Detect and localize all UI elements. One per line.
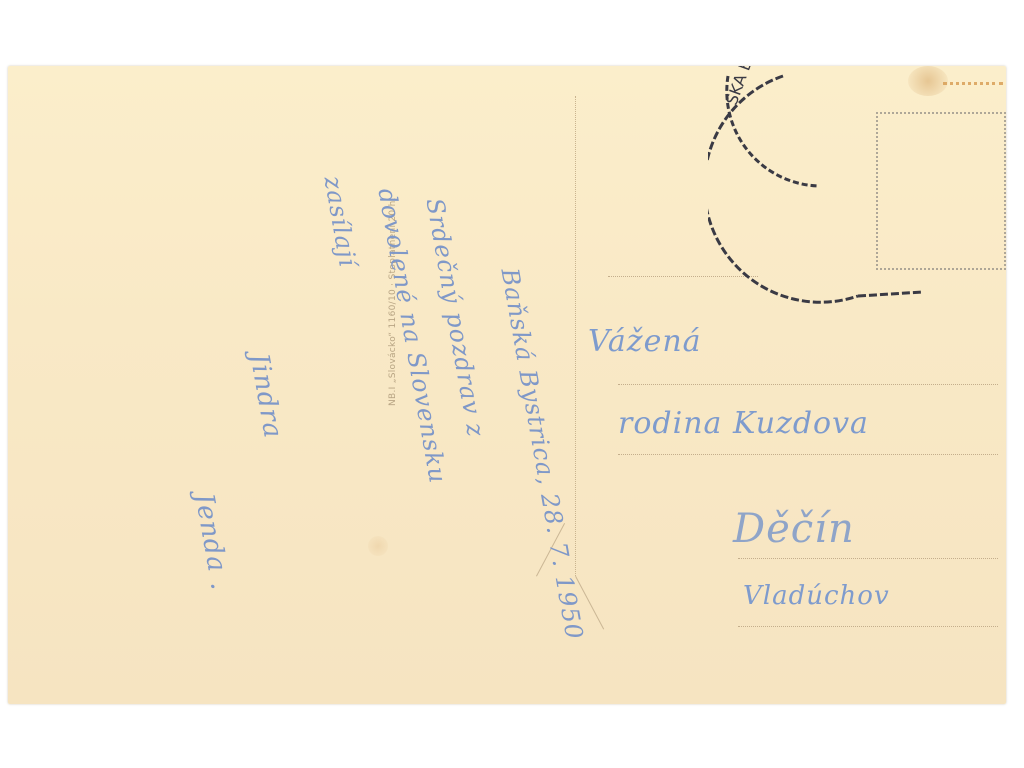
message-line: zasílají (318, 174, 362, 270)
message-signature: Jenda . (188, 491, 235, 593)
address-line-4 (738, 558, 998, 559)
stamp-fragment (943, 82, 1003, 107)
recipient-district: Vladúchov (743, 581, 890, 611)
center-divider (575, 96, 576, 576)
paper-stain (368, 536, 388, 556)
recipient-salutation: Vážená (588, 324, 702, 359)
recipient-name: rodina Kuzdova (618, 406, 869, 441)
svg-text:SKA B: SKA B (722, 66, 756, 107)
postcard: NB.I „Slovácko“ 1160/10 · Stoplatnení 20… (8, 66, 1006, 704)
address-line-3 (618, 454, 998, 455)
recipient-city: Děčín (733, 506, 855, 552)
address-line-2 (618, 384, 998, 385)
postmark-icon: SKA B (708, 66, 948, 306)
message-signature: Jindra (243, 351, 287, 441)
address-line-5 (738, 626, 998, 627)
